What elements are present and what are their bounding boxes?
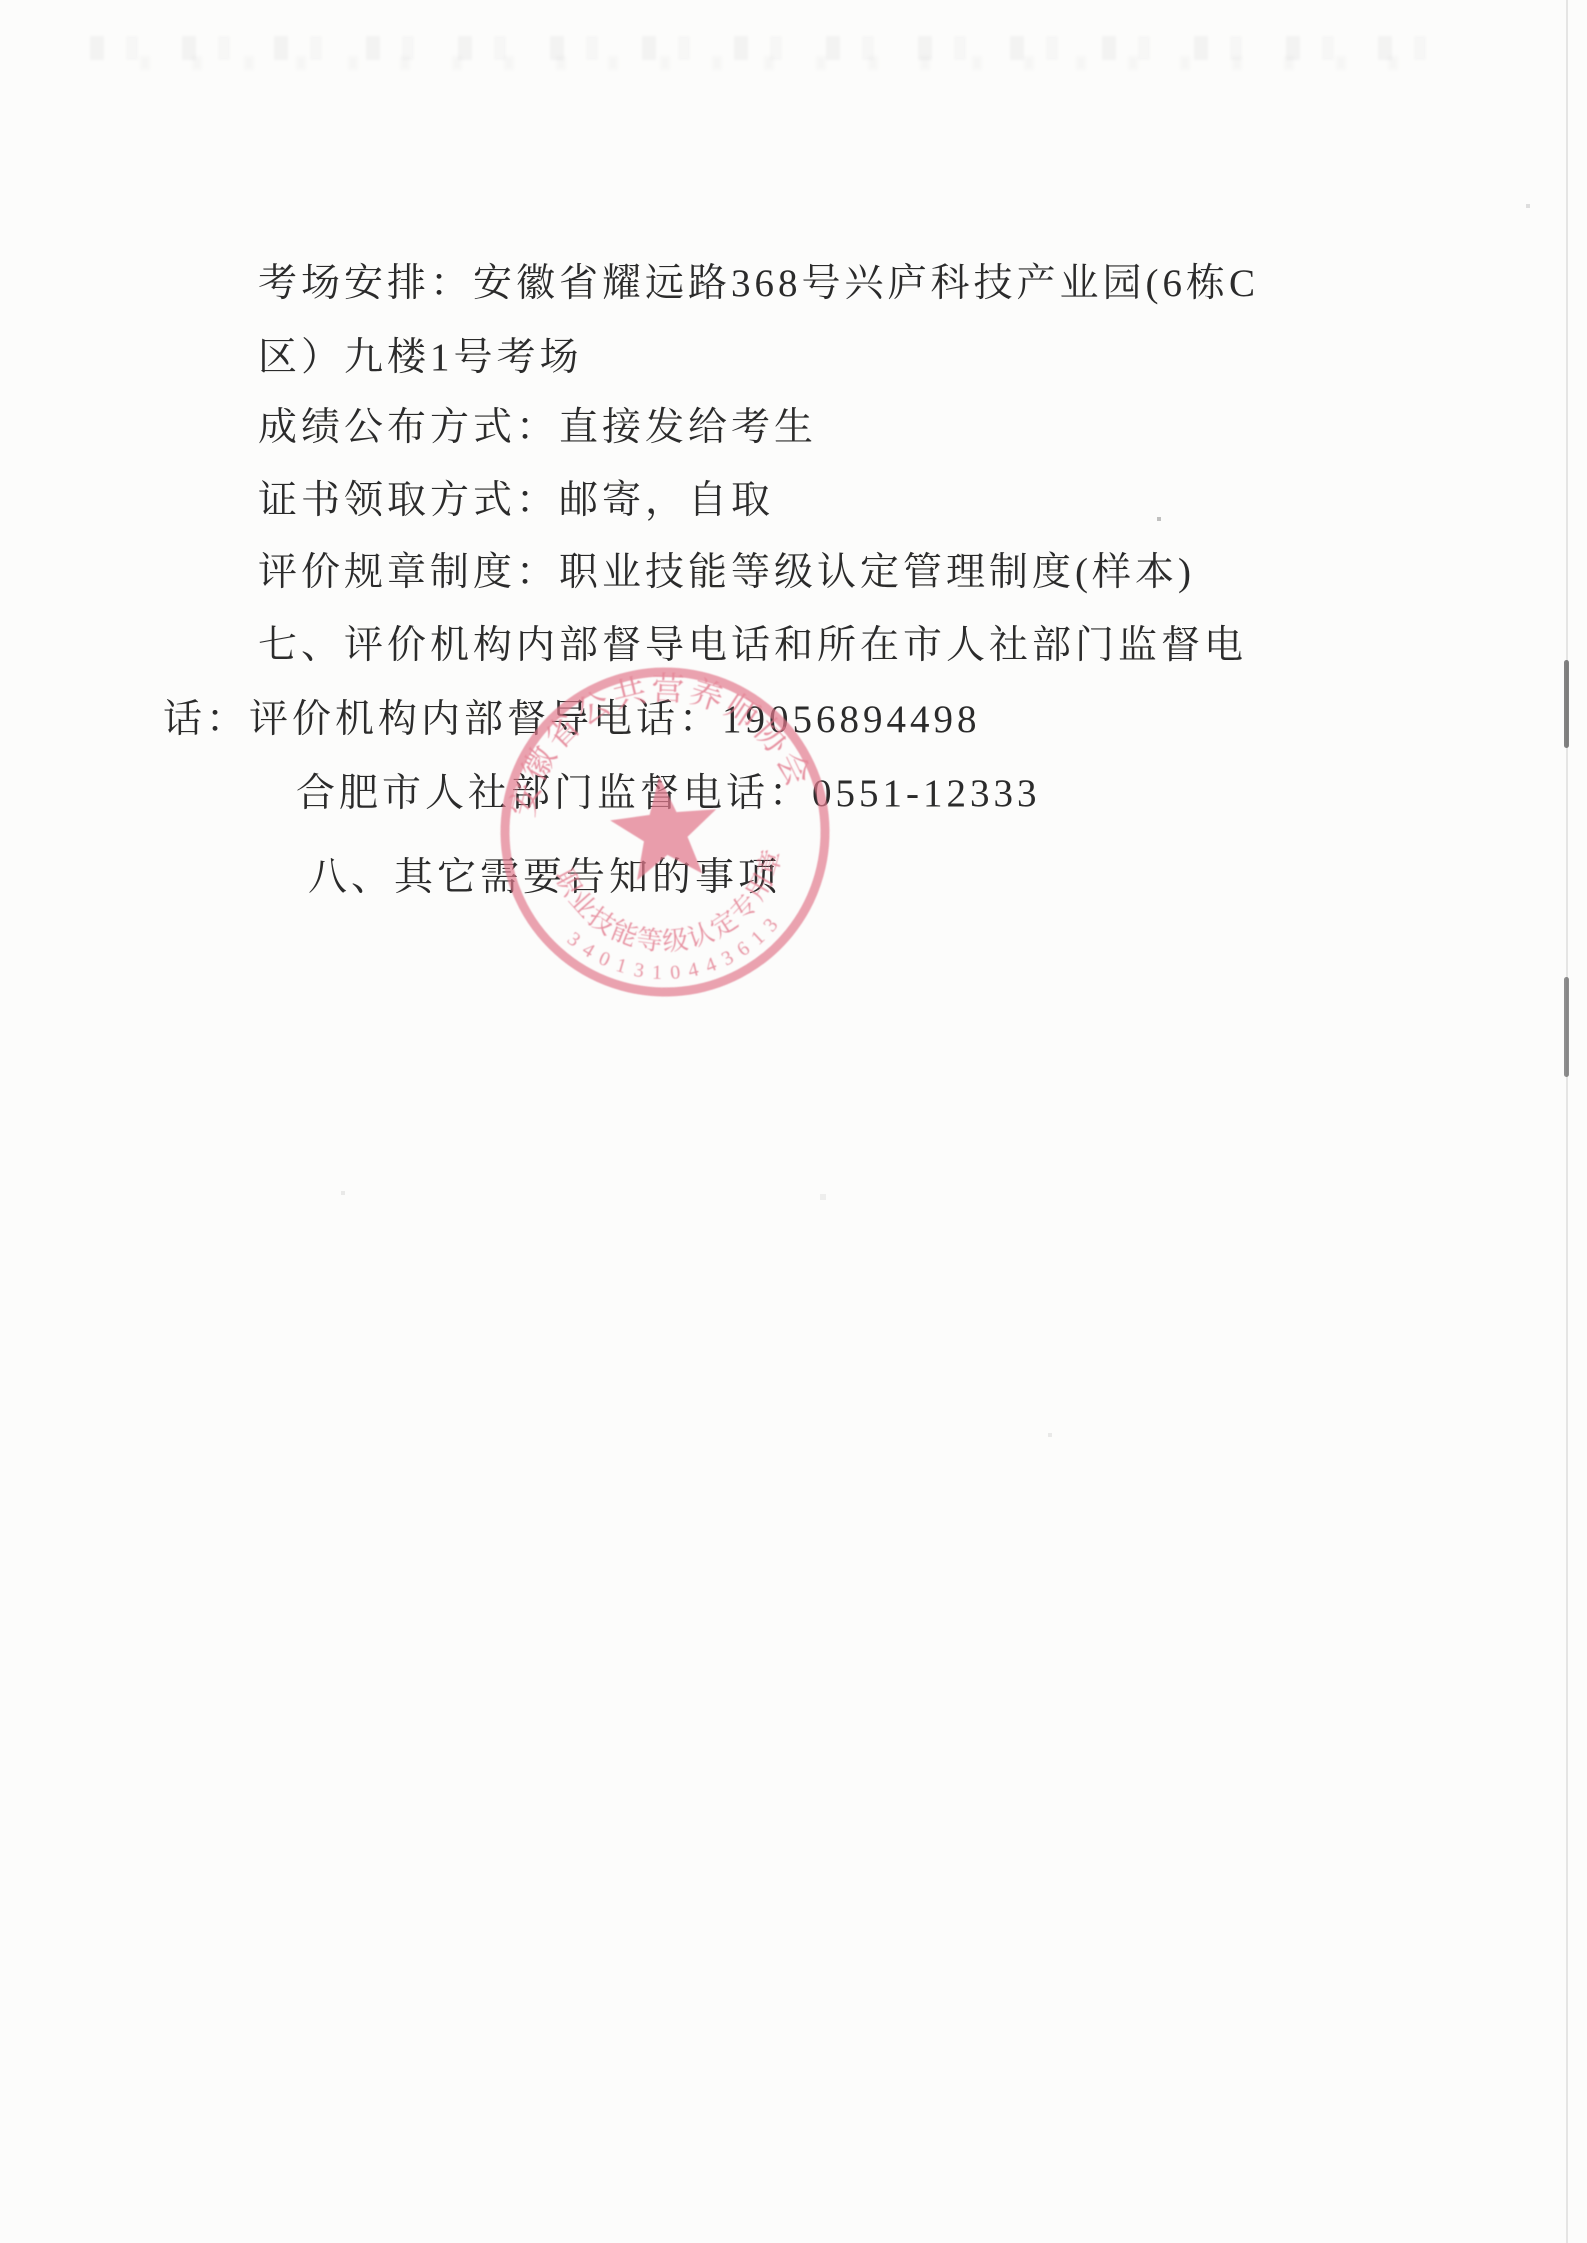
document-page: 考场安排：安徽省耀远路368号兴庐科技产业园(6栋C 区）九楼1号考场 成绩公布… <box>0 0 1587 2243</box>
line-exam-venue: 考场安排：安徽省耀远路368号兴庐科技产业园(6栋C <box>258 252 1259 308</box>
line-cert-pickup: 证书领取方式：邮寄，自取 <box>258 469 774 525</box>
line-eval-rules: 评价规章制度：职业技能等级认定管理制度(样本) <box>258 541 1195 597</box>
scan-edge-dark-segment <box>1564 977 1569 1077</box>
star-icon <box>606 771 723 883</box>
scan-speckles <box>0 0 2 2</box>
official-seal-stamp: 安徽省公共营养师协会 职业技能等级认定专用章 3401310443613 <box>467 634 863 1030</box>
scan-edge-line <box>1566 0 1568 2243</box>
scan-edge-dark-segment <box>1564 660 1569 748</box>
line-score-publish: 成绩公布方式：直接发给考生 <box>258 396 817 452</box>
line-exam-venue-cont: 区）九楼1号考场 <box>258 326 583 382</box>
scan-noise-band <box>140 56 1400 70</box>
